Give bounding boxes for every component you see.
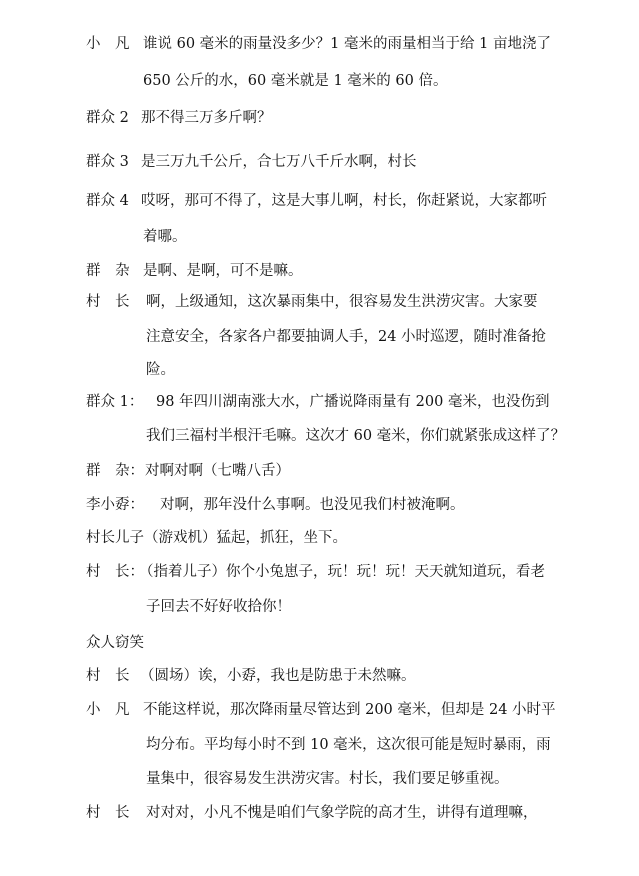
speaker-label: 小 凡 xyxy=(86,701,130,719)
dialogue-text: 谁说 60 毫米的雨量没多少？1 毫米的雨量相当于给 1 亩地浇了 xyxy=(143,35,551,53)
dialogue-text: 那不得三万多斤啊？ xyxy=(141,109,272,127)
speaker-label: 群众 2 xyxy=(86,109,129,127)
dialogue-text: 子回去不好好收拾你！ xyxy=(146,598,291,616)
dialogue-text: 量集中，很容易发生洪涝灾害。村长，我们要足够重视。 xyxy=(146,770,509,788)
speaker-label: 群 杂： xyxy=(86,462,144,480)
dialogue-text: 注意安全，各家各户都要抽调人手，24 小时巡逻，随时准备抢 xyxy=(146,328,546,346)
dialogue-text: 对啊，那年没什么事啊。也没见我们村被淹啊。 xyxy=(160,496,465,514)
dialogue-text: 我们三福村半根汗毛嘛。这次才 60 毫米，你们就紧张成这样了？ xyxy=(146,427,565,445)
dialogue-text: 98 年四川湖南涨大水，广播说降雨量有 200 毫米，也没伤到 xyxy=(156,393,549,411)
speaker-label: 小 凡 xyxy=(86,35,130,53)
stage-direction-text: 村长儿子（游戏机）猛起，抓狂，坐下。 xyxy=(86,529,347,547)
dialogue-text: 对对对，小凡不愧是咱们气象学院的高才生，讲得有道理嘛， xyxy=(146,804,538,822)
dialogue-text: 险。 xyxy=(146,361,175,379)
speaker-label: 群众 3 xyxy=(86,153,129,171)
dialogue-text: 均分布。平均每小时不到 10 毫米，这次很可能是短时暴雨，雨 xyxy=(146,736,551,754)
speaker-label: 群众 1： xyxy=(86,393,143,411)
dialogue-text: 哎呀，那可不得了，这是大事儿啊，村长，你赶紧说，大家都听 xyxy=(141,192,547,210)
speaker-label: 群众 4 xyxy=(86,192,129,210)
document-page: 小 凡 谁说 60 毫米的雨量没多少？1 毫米的雨量相当于给 1 亩地浇了 65… xyxy=(0,0,639,876)
dialogue-text: 对啊对啊（七嘴八舌） xyxy=(145,462,290,480)
dialogue-text: 是三万九千公斤，合七万八千斤水啊，村长 xyxy=(141,153,417,171)
speaker-label: 村 长 xyxy=(86,667,130,685)
speaker-label: 村 长： xyxy=(86,563,144,581)
speaker-label: 村 长 xyxy=(86,293,130,311)
stage-direction-text: 众人窃笑 xyxy=(86,634,144,652)
dialogue-text: 啊，上级通知，这次暴雨集中，很容易发生洪涝灾害。大家要 xyxy=(146,293,538,311)
speaker-label: 村 长 xyxy=(86,804,130,822)
speaker-label: 李小孬： xyxy=(86,496,144,514)
speaker-label: 群 杂 xyxy=(86,262,130,280)
dialogue-text: 650 公斤的水，60 毫米就是 1 毫米的 60 倍。 xyxy=(143,72,447,90)
dialogue-text: 是啊、是啊，可不是嘛。 xyxy=(143,262,303,280)
dialogue-text: 不能这样说，那次降雨量尽管达到 200 毫米，但却是 24 小时平 xyxy=(143,701,556,719)
dialogue-text: （圆场）诶，小孬，我也是防患于未然嘛。 xyxy=(140,667,416,685)
dialogue-text: 着哪。 xyxy=(143,228,187,246)
dialogue-text: （指着儿子）你个小兔崽子，玩！玩！玩！天天就知道玩，看老 xyxy=(139,563,545,581)
